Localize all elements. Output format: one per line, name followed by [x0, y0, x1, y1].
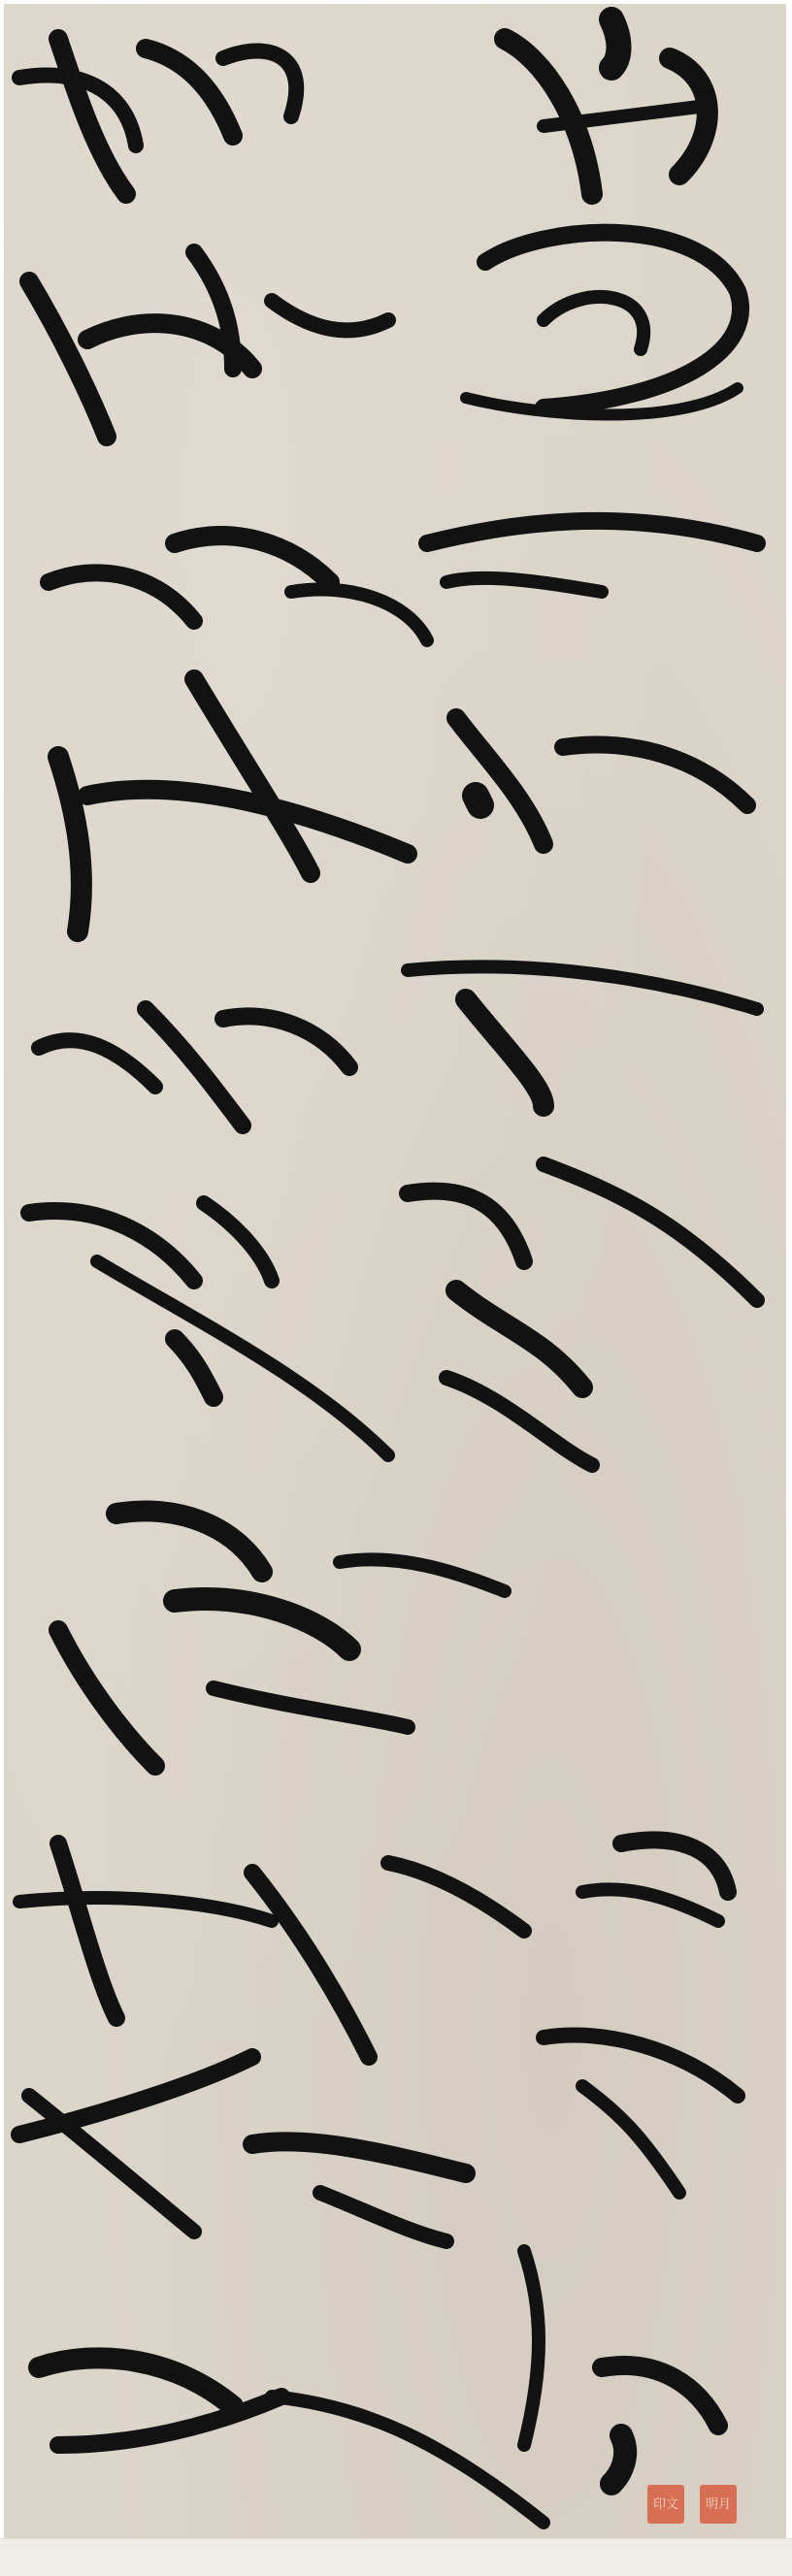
seal-left: 印文	[647, 2485, 684, 2524]
seal-right: 明月	[700, 2485, 737, 2524]
column-right	[408, 19, 757, 2484]
column-left	[19, 39, 544, 2523]
calligraphy-strokes	[0, 0, 792, 2576]
